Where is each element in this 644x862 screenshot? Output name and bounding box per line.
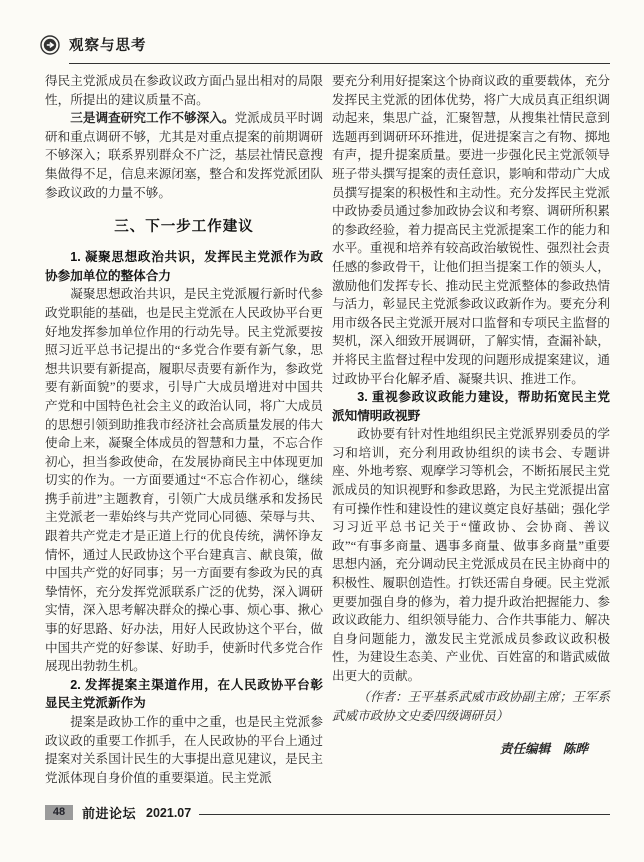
page-header: 观察与思考 bbox=[40, 34, 610, 64]
right-column: 要充分利用好提案这个协商议政的重要载体，充分发挥民主党派的团体优势，将广大成员真… bbox=[332, 72, 610, 802]
section-marker-icon bbox=[40, 35, 60, 55]
journal-name: 前进论坛 bbox=[82, 803, 136, 822]
section-label: 观察与思考 bbox=[69, 34, 610, 64]
subsection-heading: 1. 凝聚思想政治共识，发挥民主党派作为政协参加单位的整体合力 bbox=[45, 248, 323, 285]
journal-page: 观察与思考 得民主党派成员在参政议政方面凸显出相对的局限性，所提出的建议质量不高… bbox=[0, 0, 644, 862]
editor-credit: 责任编辑 陈晔 bbox=[332, 740, 610, 759]
paragraph: 凝聚思想政治共识，是民主党派履行新时代参政党职能的基础，也是民主党派在人民政协平… bbox=[45, 285, 323, 675]
page-footer: 48 前进论坛 2021.07 bbox=[45, 803, 610, 822]
paragraph: 提案是政协工作的重中之重，也是民主党派参政议政的重要工作抓手，在人民政协的平台上… bbox=[45, 713, 323, 787]
paragraph-lead: 三是调查研究工作不够深入。 bbox=[70, 111, 234, 125]
paragraph: 三是调查研究工作不够深入。党派成员平时调研和重点调研不够，尤其是对重点提案的前期… bbox=[45, 109, 323, 202]
paragraph: 政协要有针对性地组织民主党派界别委员的学习和培训，充分利用政协组织的读书会、专题… bbox=[332, 425, 610, 685]
author-note: （作者：王平基系武威市政协副主席；王军系武威市政协文史委四级调研员） bbox=[332, 688, 610, 726]
left-column: 得民主党派成员在参政议政方面凸显出相对的局限性，所提出的建议质量不高。三是调查研… bbox=[45, 72, 323, 802]
section-heading: 三、下一步工作建议 bbox=[45, 215, 323, 236]
paragraph: 要充分利用好提案这个协商议政的重要载体，充分发挥民主党派的团体优势，将广大成员真… bbox=[332, 72, 610, 388]
article-body: 得民主党派成员在参政议政方面凸显出相对的局限性，所提出的建议质量不高。三是调查研… bbox=[45, 72, 610, 802]
subsection-heading: 3. 重视参政议政能力建设，帮助拓宽民主党派知情明政视野 bbox=[332, 388, 610, 425]
subsection-heading: 2. 发挥提案主渠道作用，在人民政协平台彰显民主党派新作为 bbox=[45, 676, 323, 713]
paragraph: 得民主党派成员在参政议政方面凸显出相对的局限性，所提出的建议质量不高。 bbox=[45, 72, 323, 109]
footer-rule bbox=[199, 814, 610, 815]
issue-date: 2021.07 bbox=[146, 806, 191, 820]
page-number: 48 bbox=[45, 805, 73, 820]
